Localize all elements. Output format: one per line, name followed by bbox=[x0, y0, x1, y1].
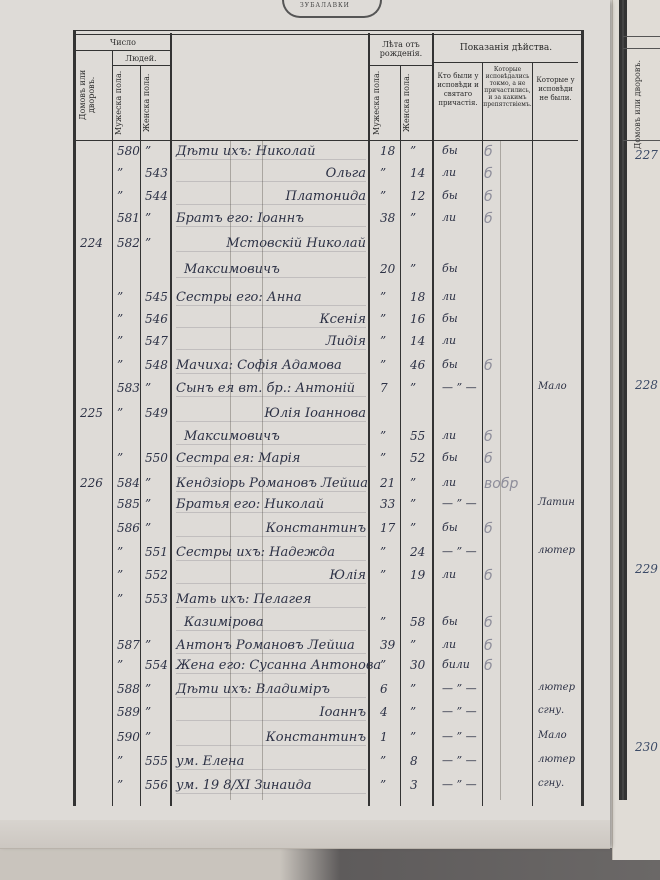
confession-mark: ли bbox=[442, 638, 456, 651]
male-number: 580 bbox=[117, 144, 140, 158]
female-number: 556 bbox=[145, 778, 168, 792]
female-number: ” bbox=[145, 144, 151, 158]
age-female: 24 bbox=[410, 545, 425, 559]
header-confessed-only: Которые исповѣдались токмо, а не причаст… bbox=[483, 66, 532, 108]
male-number: ” bbox=[117, 778, 123, 792]
person-name: Казимірова bbox=[184, 615, 264, 630]
row-rule bbox=[176, 349, 366, 350]
row-rule bbox=[176, 226, 366, 227]
female-number: 551 bbox=[145, 545, 168, 559]
age-female: 14 bbox=[410, 166, 425, 180]
pencil-annotation: вобр bbox=[484, 476, 518, 492]
age-female: ” bbox=[410, 476, 416, 490]
pencil-annotation: б bbox=[484, 638, 493, 654]
age-male: 39 bbox=[380, 638, 395, 652]
age-female: ” bbox=[410, 638, 416, 652]
person-name: Юлія bbox=[329, 568, 366, 583]
age-female: 46 bbox=[410, 358, 425, 372]
note: Мало bbox=[538, 730, 567, 741]
age-female: 14 bbox=[410, 334, 425, 348]
male-number: ” bbox=[117, 312, 123, 326]
age-female: ” bbox=[410, 144, 416, 158]
age-male: 20 bbox=[380, 262, 395, 276]
confession-mark: бы bbox=[442, 262, 458, 275]
row-rule bbox=[176, 745, 366, 746]
male-number: ” bbox=[117, 290, 123, 304]
male-number: ” bbox=[117, 358, 123, 372]
header-male: Мужеска пола. bbox=[114, 68, 138, 138]
confession-mark: — ” — bbox=[442, 778, 477, 791]
age-male: 38 bbox=[380, 211, 395, 225]
header-number: Число bbox=[76, 38, 170, 47]
header-confession: Показанія дѣйства. bbox=[434, 44, 578, 53]
age-male: 4 bbox=[380, 705, 388, 719]
row-rule bbox=[176, 769, 366, 770]
person-name: Сестра ея: Марія bbox=[176, 451, 300, 466]
age-female: 3 bbox=[410, 778, 418, 792]
age-male: ” bbox=[380, 615, 386, 629]
female-number: ” bbox=[145, 521, 151, 535]
page-edge bbox=[0, 820, 610, 849]
female-number: ” bbox=[145, 705, 151, 719]
pencil-annotation: б bbox=[484, 615, 493, 631]
female-number: ” bbox=[145, 730, 151, 744]
confession-mark: — ” — bbox=[442, 682, 477, 695]
female-number: 552 bbox=[145, 568, 168, 582]
next-page-header: Домовъ или дворовъ. bbox=[633, 60, 642, 149]
age-female: 52 bbox=[410, 451, 425, 465]
row-rule bbox=[176, 277, 366, 278]
male-number: 589 bbox=[117, 705, 140, 719]
confession-mark: бы bbox=[442, 144, 458, 157]
note: лютер bbox=[538, 545, 575, 556]
next-house-number: 227 bbox=[635, 148, 658, 162]
row-rule bbox=[176, 491, 366, 492]
male-number: 581 bbox=[117, 211, 140, 225]
age-male: ” bbox=[380, 429, 386, 443]
confession-mark: бы bbox=[442, 189, 458, 202]
confession-mark: бы bbox=[442, 521, 458, 534]
row-rule bbox=[176, 583, 366, 584]
male-number: ” bbox=[117, 592, 123, 606]
person-name: Іоаннъ bbox=[319, 705, 366, 720]
age-male: 7 bbox=[380, 381, 388, 395]
age-male: ” bbox=[380, 166, 386, 180]
person-name: Мачиха: Софія Адамова bbox=[176, 358, 342, 373]
age-male: ” bbox=[380, 451, 386, 465]
pencil-annotation: б bbox=[484, 521, 493, 537]
confession-mark: — ” — bbox=[442, 754, 477, 767]
age-female: ” bbox=[410, 705, 416, 719]
female-number: 550 bbox=[145, 451, 168, 465]
header-confessed: Кто были у исповѣди и святаго причастія. bbox=[434, 72, 482, 108]
confession-mark: ли bbox=[442, 429, 456, 442]
confession-mark: — ” — bbox=[442, 730, 477, 743]
person-name: Юлія Іоаннова bbox=[264, 406, 366, 421]
person-name: Ксенія bbox=[320, 312, 366, 327]
male-number: ” bbox=[117, 334, 123, 348]
female-number: ” bbox=[145, 476, 151, 490]
age-female: 58 bbox=[410, 615, 425, 629]
age-female: ” bbox=[410, 682, 416, 696]
row-rule bbox=[176, 181, 366, 182]
confession-mark: ли bbox=[442, 568, 456, 581]
person-name: Братья его: Николай bbox=[176, 497, 324, 512]
confession-mark: бы bbox=[442, 358, 458, 371]
age-female: ” bbox=[410, 211, 416, 225]
row-rule bbox=[176, 327, 366, 328]
note: лютер bbox=[538, 754, 575, 765]
age-female: 8 bbox=[410, 754, 418, 768]
adjacent-page: Домовъ или дворовъ. 227 228 229 230 bbox=[612, 0, 660, 860]
male-number: ” bbox=[117, 568, 123, 582]
age-female: ” bbox=[410, 497, 416, 511]
female-number: ” bbox=[145, 682, 151, 696]
age-male: 33 bbox=[380, 497, 395, 511]
house-number: 225 bbox=[80, 406, 103, 420]
header-age-female: Женска пола. bbox=[402, 68, 430, 138]
pencil-annotation: б bbox=[484, 429, 493, 445]
row-rule bbox=[176, 673, 366, 674]
row-rule bbox=[176, 653, 366, 654]
male-number: ” bbox=[117, 545, 123, 559]
person-name: Мстовскій Николай bbox=[226, 236, 366, 251]
age-male: ” bbox=[380, 754, 386, 768]
age-male: ” bbox=[380, 568, 386, 582]
header-households: Домовъ или дворовъ. bbox=[78, 54, 110, 136]
person-name: Мать ихъ: Пелагея bbox=[176, 592, 311, 607]
age-male: ” bbox=[380, 545, 386, 559]
age-female: ” bbox=[410, 381, 416, 395]
confession-mark: бы bbox=[442, 615, 458, 628]
header-people: Людей. bbox=[112, 54, 170, 63]
header-not-confessed: Которые у исповѣди не были. bbox=[533, 76, 578, 103]
male-number: 585 bbox=[117, 497, 140, 511]
female-number: 544 bbox=[145, 189, 168, 203]
female-number: 554 bbox=[145, 658, 168, 672]
pencil-annotation: б bbox=[484, 189, 493, 205]
female-number: 543 bbox=[145, 166, 168, 180]
row-rule bbox=[176, 697, 366, 698]
male-number: 584 bbox=[117, 476, 140, 490]
age-male: 17 bbox=[380, 521, 395, 535]
row-rule bbox=[176, 536, 366, 537]
male-number: 583 bbox=[117, 381, 140, 395]
female-number: 553 bbox=[145, 592, 168, 606]
person-name: Максимовичъ bbox=[184, 429, 280, 444]
row-rule bbox=[176, 793, 366, 794]
confession-mark: бы bbox=[442, 312, 458, 325]
row-rule bbox=[176, 512, 366, 513]
pencil-annotation: б bbox=[484, 144, 493, 160]
person-name: Константинъ bbox=[266, 521, 366, 536]
desk-background bbox=[0, 848, 660, 880]
row-rule bbox=[176, 444, 366, 445]
age-female: 30 bbox=[410, 658, 425, 672]
person-name: Дѣти ихъ: Владиміръ bbox=[176, 682, 330, 697]
pencil-annotation: б bbox=[484, 568, 493, 584]
pencil-annotation: б bbox=[484, 211, 493, 227]
person-name: Дѣти ихъ: Николай bbox=[176, 144, 315, 159]
note: Латин bbox=[538, 497, 575, 508]
age-male: 6 bbox=[380, 682, 388, 696]
age-male: ” bbox=[380, 358, 386, 372]
row-rule bbox=[176, 630, 366, 631]
male-number: 588 bbox=[117, 682, 140, 696]
age-male: ” bbox=[380, 290, 386, 304]
female-number: ” bbox=[145, 211, 151, 225]
row-rule bbox=[176, 720, 366, 721]
age-female: 19 bbox=[410, 568, 425, 582]
house-number: 226 bbox=[80, 476, 103, 490]
confession-mark: ли bbox=[442, 166, 456, 179]
person-name: Сестры ихъ: Надежда bbox=[176, 545, 335, 560]
age-female: ” bbox=[410, 730, 416, 744]
row-rule bbox=[176, 607, 366, 608]
note: Мало bbox=[538, 381, 567, 392]
pencil-annotation: б bbox=[484, 451, 493, 467]
house-number: 224 bbox=[80, 236, 103, 250]
row-rule bbox=[176, 204, 366, 205]
person-name: ум. 19 8/XI Зинаида bbox=[176, 778, 312, 793]
female-number: ” bbox=[145, 497, 151, 511]
male-number: ” bbox=[117, 451, 123, 465]
row-rule bbox=[176, 159, 366, 160]
female-number: ” bbox=[145, 638, 151, 652]
row-rule bbox=[176, 421, 366, 422]
confession-mark: — ” — bbox=[442, 381, 477, 394]
confession-mark: — ” — bbox=[442, 545, 477, 558]
row-rule bbox=[176, 251, 366, 252]
pencil-annotation: б bbox=[484, 166, 493, 182]
female-number: 548 bbox=[145, 358, 168, 372]
confession-mark: бы bbox=[442, 451, 458, 464]
header-age: Лѣта отъ рожденія. bbox=[370, 40, 432, 58]
confession-mark: ли bbox=[442, 290, 456, 303]
confession-mark: — ” — bbox=[442, 497, 477, 510]
note: сгну. bbox=[538, 705, 564, 716]
row-rule bbox=[176, 373, 366, 374]
age-male: 21 bbox=[380, 476, 395, 490]
female-number: 546 bbox=[145, 312, 168, 326]
male-number: ” bbox=[117, 166, 123, 180]
female-number: 549 bbox=[145, 406, 168, 420]
row-rule bbox=[176, 466, 366, 467]
person-name: Жена его: Сусанна Антонова bbox=[176, 658, 381, 673]
confession-mark: ли bbox=[442, 211, 456, 224]
pencil-annotation: б bbox=[484, 358, 493, 374]
row-rule bbox=[176, 396, 366, 397]
person-name: Максимовичъ bbox=[184, 262, 280, 277]
person-name: Ольга bbox=[326, 166, 366, 181]
header-age-male: Мужеска пола. bbox=[372, 68, 398, 138]
seal-text: ЗУБАЛАВКИ bbox=[300, 2, 350, 9]
male-number: ” bbox=[117, 189, 123, 203]
age-male: ” bbox=[380, 334, 386, 348]
next-house-number: 228 bbox=[635, 378, 658, 392]
female-number: ” bbox=[145, 236, 151, 250]
next-house-number: 229 bbox=[635, 562, 658, 576]
note: лютер bbox=[538, 682, 575, 693]
age-male: ” bbox=[380, 312, 386, 326]
row-rule bbox=[176, 305, 366, 306]
age-female: 18 bbox=[410, 290, 425, 304]
person-name: Антонъ Романовъ Лейша bbox=[176, 638, 355, 653]
person-name: Братъ его: Іоаннъ bbox=[176, 211, 304, 226]
male-number: 587 bbox=[117, 638, 140, 652]
confession-mark: ли bbox=[442, 334, 456, 347]
age-female: 16 bbox=[410, 312, 425, 326]
male-number: 586 bbox=[117, 521, 140, 535]
person-name: Кендзіорь Романовъ Лейша bbox=[176, 476, 368, 491]
female-number: 555 bbox=[145, 754, 168, 768]
age-male: ” bbox=[380, 778, 386, 792]
header-female: Женска пола. bbox=[142, 68, 168, 138]
person-name: Платонида bbox=[286, 189, 366, 204]
age-male: ” bbox=[380, 658, 386, 672]
male-number: ” bbox=[117, 658, 123, 672]
age-female: 55 bbox=[410, 429, 425, 443]
female-number: ” bbox=[145, 381, 151, 395]
age-male: 1 bbox=[380, 730, 388, 744]
confession-mark: ли bbox=[442, 476, 456, 489]
person-name: Лидія bbox=[326, 334, 366, 349]
register-page: ЗУБАЛАВКИ Число Людей. Домовъ или дворов… bbox=[0, 0, 610, 845]
female-number: 547 bbox=[145, 334, 168, 348]
person-name: Сынъ ея вт. бр.: Антоній bbox=[176, 381, 355, 396]
age-female: 12 bbox=[410, 189, 425, 203]
age-female: ” bbox=[410, 521, 416, 535]
person-name: Сестры его: Анна bbox=[176, 290, 302, 305]
male-number: 582 bbox=[117, 236, 140, 250]
female-number: 545 bbox=[145, 290, 168, 304]
note: сгну. bbox=[538, 778, 564, 789]
age-male: ” bbox=[380, 189, 386, 203]
male-number: ” bbox=[117, 406, 123, 420]
next-house-number: 230 bbox=[635, 740, 658, 754]
confession-mark: били bbox=[442, 658, 470, 671]
age-male: 18 bbox=[380, 144, 395, 158]
age-female: ” bbox=[410, 262, 416, 276]
male-number: ” bbox=[117, 754, 123, 768]
confession-mark: — ” — bbox=[442, 705, 477, 718]
person-name: ум. Елена bbox=[176, 754, 244, 769]
pencil-annotation: б bbox=[484, 658, 493, 674]
person-name: Константинъ bbox=[266, 730, 366, 745]
row-rule bbox=[176, 560, 366, 561]
male-number: 590 bbox=[117, 730, 140, 744]
